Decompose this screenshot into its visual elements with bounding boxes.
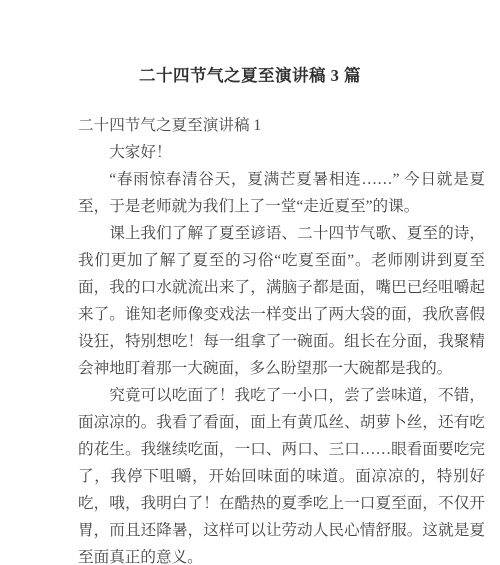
paragraph-lesson: 课上我们了解了夏至谚语、二十四节气歌、夏至的诗，我们更加了解了夏至的习俗“吃夏至… (78, 220, 485, 382)
paragraph-eating-noodles: 究竟可以吃面了！我吃了一小口，尝了尝味道，不错，面凉凉的。我看了看面，面上有黄瓜… (78, 382, 485, 565)
section-heading: 二十四节气之夏至演讲稿 1 (78, 112, 485, 139)
paragraph-greeting: 大家好！ (78, 139, 485, 166)
document-body: 二十四节气之夏至演讲稿 1 大家好！ “春雨惊春清谷天，夏满芒夏暑相连……” 今… (78, 112, 485, 565)
document-page: 二十四节气之夏至演讲稿 3 篇 二十四节气之夏至演讲稿 1 大家好！ “春雨惊春… (0, 0, 500, 565)
paragraph-intro: “春雨惊春清谷天，夏满芒夏暑相连……” 今日就是夏至，于是老师就为我们上了一堂“… (78, 166, 485, 220)
document-title: 二十四节气之夏至演讲稿 3 篇 (0, 0, 500, 86)
